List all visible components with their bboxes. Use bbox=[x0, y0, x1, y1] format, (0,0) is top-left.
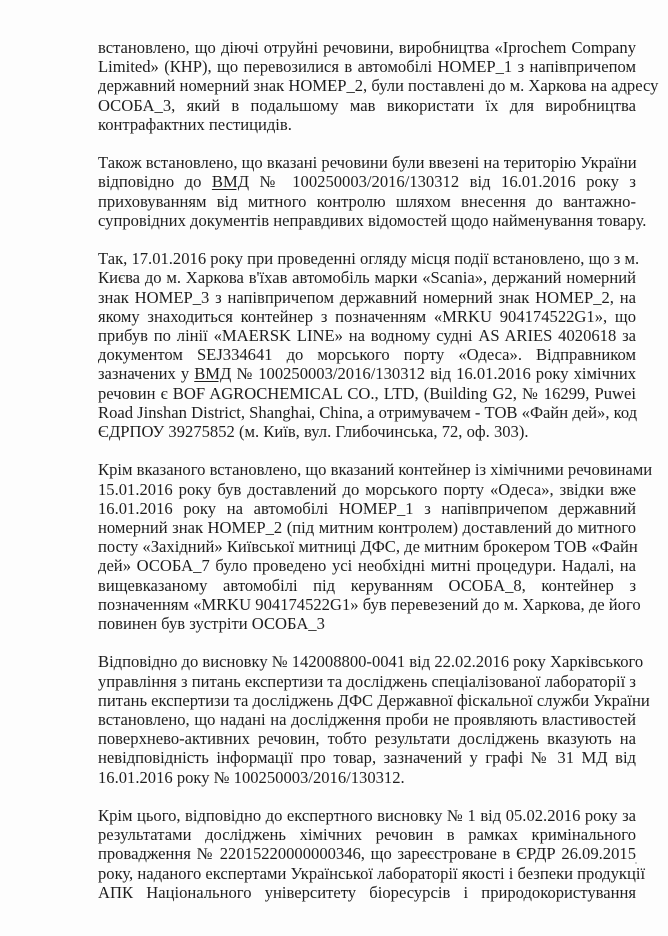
text-line: 16.01.2016 року на автомобілі НОМЕР_1 з … bbox=[98, 499, 636, 518]
underlined-abbreviation: ВМД bbox=[212, 172, 249, 191]
text-line: зазначених у ВМД № 100250003/2016/130312… bbox=[98, 364, 636, 383]
text-line: супровідних документів неправдивих відом… bbox=[98, 211, 636, 230]
text-line: 15.01.2016 року був доставлений до морсь… bbox=[98, 480, 636, 499]
text-line: позначенням «MRKU 904174522G1» був перев… bbox=[98, 595, 636, 614]
paragraph: Також встановлено, що вказані речовини б… bbox=[98, 153, 636, 230]
text-line: номерний знак НОМЕР_2 (під митним контро… bbox=[98, 518, 636, 537]
text-line: управління з питань експертизи та дослід… bbox=[98, 672, 636, 691]
paragraph: Відповідно до висновку № 142008800-0041 … bbox=[98, 652, 636, 786]
text-line: ЄДРПОУ 39275852 (м. Київ, вул. Глибочинс… bbox=[98, 422, 636, 441]
text-segment: зазначених у bbox=[98, 364, 194, 383]
text-line: Також встановлено, що вказані речовини б… bbox=[98, 153, 636, 172]
text-line: якому знаходиться контейнер з позначення… bbox=[98, 307, 636, 326]
text-line: приховуванням від митного контролю шляхо… bbox=[98, 192, 636, 211]
text-line: АПК Національного університету біоресурс… bbox=[98, 883, 636, 902]
text-line: встановлено, що надані на дослідження пр… bbox=[98, 710, 636, 729]
text-line: Limited» (КНР), що перевозилися в автомо… bbox=[98, 57, 636, 76]
text-line: 16.01.2016 року № 100250003/2016/130312. bbox=[98, 768, 636, 787]
text-line: контрафактних пестицидів. bbox=[98, 115, 636, 134]
text-line: року, наданого експертами Української ла… bbox=[98, 864, 636, 883]
text-line: провадження № 22015220000000346, що заре… bbox=[98, 844, 636, 863]
text-line: прибув по лінії «MAERSK LINE» на водному… bbox=[98, 326, 636, 345]
text-line: посту «Західний» Київської митниці ДФС, … bbox=[98, 537, 636, 556]
text-line: встановлено, що діючі отруйні речовини, … bbox=[98, 38, 636, 57]
text-line: повинен був зустріти ОСОБА_3 bbox=[98, 614, 636, 633]
document-page: встановлено, що діючі отруйні речовини, … bbox=[98, 38, 636, 921]
text-segment: № 100250003/2016/130312 від 16.01.2016 р… bbox=[231, 364, 636, 383]
text-line: Крім вказаного встановлено, що вказаний … bbox=[98, 460, 636, 479]
text-line: поверхнево-активних речовин, тобто резул… bbox=[98, 729, 636, 748]
text-segment: відповідно до bbox=[98, 172, 212, 191]
text-line: Крім цього, відповідно до експертного ви… bbox=[98, 806, 636, 825]
text-line: питань експертизи та досліджень ДФС Держ… bbox=[98, 691, 636, 710]
text-line: Road Jinshan District, Shanghai, China, … bbox=[98, 403, 636, 422]
scan-speck bbox=[635, 862, 637, 864]
text-line: Відповідно до висновку № 142008800-0041 … bbox=[98, 652, 636, 671]
text-line: результатами досліджень хімічних речовин… bbox=[98, 825, 636, 844]
text-line: знак НОМЕР_3 з напівпричепом державний н… bbox=[98, 288, 636, 307]
text-line: документом SEJ334641 до морського порту … bbox=[98, 345, 636, 364]
text-segment: № 100250003/2016/130312 від 16.01.2016 р… bbox=[249, 172, 636, 191]
text-line: відповідно до ВМД № 100250003/2016/13031… bbox=[98, 172, 636, 191]
text-line: вищевказаному автомобілі під керуванням … bbox=[98, 576, 636, 595]
paragraph: Крім вказаного встановлено, що вказаний … bbox=[98, 460, 636, 633]
text-line: державний номерний знак НОМЕР_2, були по… bbox=[98, 76, 636, 95]
underlined-abbreviation: ВМД bbox=[194, 364, 231, 383]
text-line: речовин є BOF AGROCHEMICAL CO., LTD, (Bu… bbox=[98, 384, 636, 403]
paragraph: встановлено, що діючі отруйні речовини, … bbox=[98, 38, 636, 134]
text-line: ОСОБА_3, який в подальшому мав використа… bbox=[98, 96, 636, 115]
paragraph: Так, 17.01.2016 року при проведенні огля… bbox=[98, 249, 636, 441]
text-line: дей» ОСОБА_7 було проведено усі необхідн… bbox=[98, 556, 636, 575]
paragraph: Крім цього, відповідно до експертного ви… bbox=[98, 806, 636, 902]
text-line: невідповідність інформації про товар, за… bbox=[98, 748, 636, 767]
text-line: Так, 17.01.2016 року при проведенні огля… bbox=[98, 249, 636, 268]
text-line: Києва до м. Харкова в'їхав автомобіль ма… bbox=[98, 268, 636, 287]
